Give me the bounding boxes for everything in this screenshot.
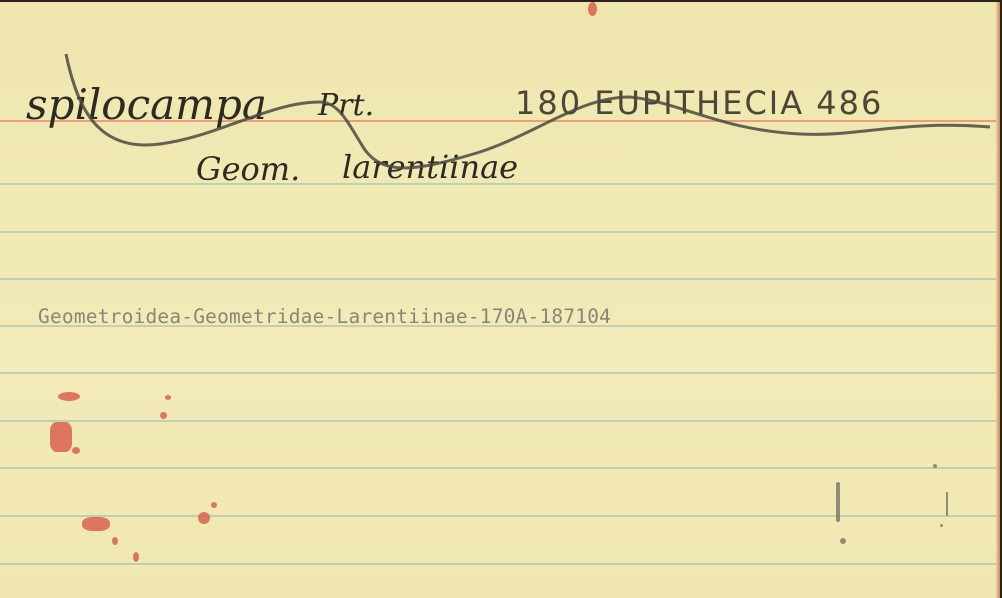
index-card: spilocampa Prt. 180 EUPITHECIA 486 Geom.… (0, 2, 1000, 598)
strike-through-wave (0, 2, 1000, 598)
typed-classification: Geometroidea-Geometridae-Larentiinae-170… (38, 305, 611, 328)
